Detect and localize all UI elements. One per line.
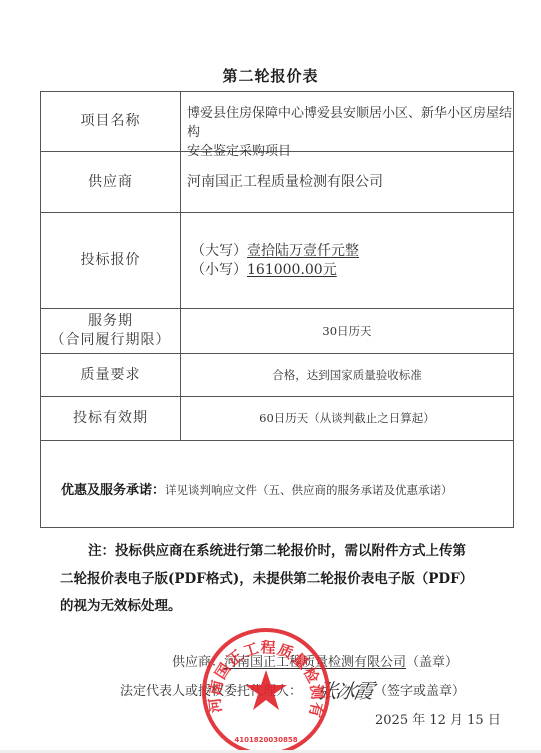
table-row-quality: 质量要求 合格，达到国家质量验收标准 (41, 354, 513, 397)
rep-suffix: （签字或盖章） (374, 684, 465, 699)
promise-label: 优惠及服务承诺： (61, 483, 165, 498)
supplier-suffix: （盖章） (406, 655, 458, 670)
note-line: 二轮报价表电子版(PDF格式)，未提供第二轮报价表电子版（PDF） (60, 566, 505, 594)
sign-date: 2025 年 12 月 15 日 (375, 709, 501, 728)
promise-value: 详见谈判响应文件（五、供应商的服务承诺及优惠承诺） (165, 483, 453, 497)
label-line-1: 服务期 (88, 312, 133, 331)
note-paragraph: 注：投标供应商在系统进行第二轮报价时，需以附件方式上传第 二轮报价表电子版(PD… (60, 538, 505, 621)
validity-value: 60日历天（从谈判截止之日算起） (181, 397, 513, 440)
row-label: 投标报价 (41, 213, 181, 308)
note-line: 注：投标供应商在系统进行第二轮报价时，需以附件方式上传第 (60, 538, 505, 566)
svg-text:河南国正工程质量检测有限公司: 河南国正工程质量检测有限公司 (200, 626, 327, 720)
quality-value: 合格，达到国家质量验收标准 (181, 354, 513, 396)
table-row-promise: 优惠及服务承诺：详见谈判响应文件（五、供应商的服务承诺及优惠承诺） (41, 441, 513, 528)
row-label: 质量要求 (41, 354, 181, 396)
bid-price-value: （大写）壹拾陆万壹仟元整 （小写）161000.00元 (181, 213, 513, 308)
table-row-validity: 投标有效期 60日历天（从谈判截止之日算起） (41, 397, 513, 441)
row-label: 投标有效期 (41, 397, 181, 440)
project-name-line-1: 博爱县住房保障中心博爱县安顺居小区、新华小区房屋结构 (187, 104, 513, 142)
upper-value: 壹拾陆万壹仟元整 (247, 243, 359, 259)
table-row-supplier: 供应商 河南国正工程质量检测有限公司 (41, 152, 513, 213)
row-label: 项目名称 (41, 92, 181, 151)
service-period-value: 30日历天 (181, 309, 513, 353)
table-row-project-name: 项目名称 博爱县住房保障中心博爱县安顺居小区、新华小区房屋结构 安全鉴定采购项目 (41, 92, 513, 152)
price-upper: （大写）壹拾陆万壹仟元整 (191, 242, 513, 261)
label-line-2: （合同履行期限） (51, 331, 171, 350)
upper-prefix: （大写） (191, 243, 247, 259)
row-label: 服务期 （合同履行期限） (41, 309, 181, 353)
row-label: 供应商 (41, 152, 181, 212)
quote-table: 项目名称 博爱县住房保障中心博爱县安顺居小区、新华小区房屋结构 安全鉴定采购项目… (40, 91, 514, 528)
company-seal-icon: 河南国正工程质量检测有限公司 4101820030858 (200, 626, 332, 753)
supplier-value: 河南国正工程质量检测有限公司 (181, 152, 513, 212)
document-title: 第二轮报价表 (0, 65, 541, 86)
table-row-bid-price: 投标报价 （大写）壹拾陆万壹仟元整 （小写）161000.00元 (41, 213, 513, 309)
svg-text:4101820030858: 4101820030858 (234, 736, 297, 744)
lower-prefix: （小写） (191, 262, 247, 278)
lower-value: 161000.00元 (247, 262, 337, 278)
table-row-service-period: 服务期 （合同履行期限） 30日历天 (41, 309, 513, 354)
note-line: 的视为无效标处理。 (60, 593, 505, 621)
promise-text: 优惠及服务承诺：详见谈判响应文件（五、供应商的服务承诺及优惠承诺） (61, 479, 453, 498)
price-lower: （小写）161000.00元 (191, 261, 513, 280)
